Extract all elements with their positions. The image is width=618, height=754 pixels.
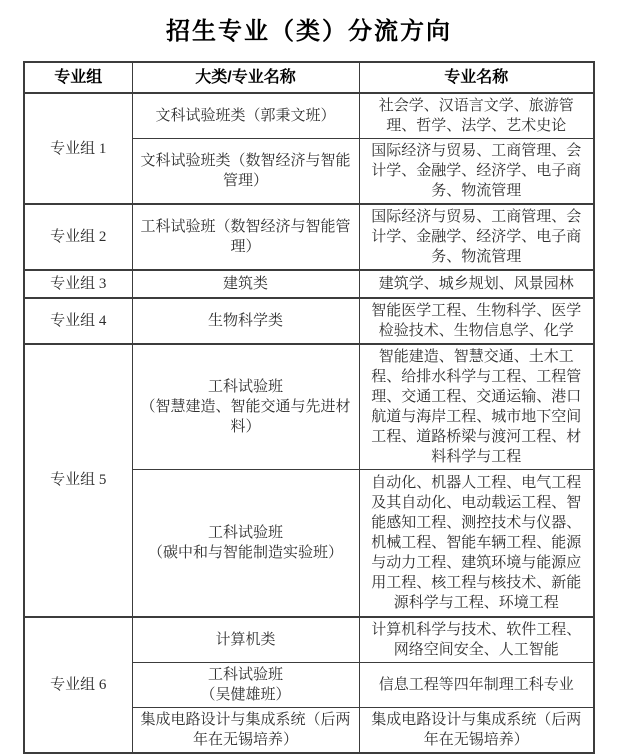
majors-cell: 智能医学工程、生物科学、医学检验技术、生物信息学、化学 — [359, 298, 594, 344]
group-label-cell: 专业组 2 — [24, 204, 132, 270]
page-title: 招生专业（类）分流方向 — [0, 0, 618, 61]
table-row: 专业组 1 文科试验班类（郭秉文班） 社会学、汉语言文学、旅游管理、哲学、法学、… — [24, 93, 594, 139]
category-cell: 文科试验班类（郭秉文班） — [132, 93, 359, 139]
category-cell: 建筑类 — [132, 270, 359, 298]
majors-cell: 社会学、汉语言文学、旅游管理、哲学、法学、艺术史论 — [359, 93, 594, 139]
group-label-cell: 专业组 6 — [24, 617, 132, 753]
group-label-cell: 专业组 1 — [24, 93, 132, 204]
majors-cell: 自动化、机器人工程、电气工程及其自动化、电动载运工程、智能感知工程、测控技术与仪… — [359, 470, 594, 617]
column-header-majors: 专业名称 — [359, 62, 594, 93]
group-label-cell: 专业组 4 — [24, 298, 132, 344]
category-cell: 文科试验班类（数智经济与智能管理） — [132, 139, 359, 205]
group-label-cell: 专业组 3 — [24, 270, 132, 298]
category-cell: 工科试验班 （吴健雄班） — [132, 662, 359, 707]
table-row: 专业组 4 生物科学类 智能医学工程、生物科学、医学检验技术、生物信息学、化学 — [24, 298, 594, 344]
table-row: 专业组 5 工科试验班 （智慧建造、智能交通与先进材料） 智能建造、智慧交通、土… — [24, 344, 594, 470]
column-header-category: 大类/专业名称 — [132, 62, 359, 93]
table-row: 专业组 2 工科试验班（数智经济与智能管理） 国际经济与贸易、工商管理、会计学、… — [24, 204, 594, 270]
group-label-cell: 专业组 5 — [24, 344, 132, 617]
category-cell: 工科试验班 （智慧建造、智能交通与先进材料） — [132, 344, 359, 470]
table-row: 专业组 3 建筑类 建筑学、城乡规划、风景园林 — [24, 270, 594, 298]
majors-cell: 建筑学、城乡规划、风景园林 — [359, 270, 594, 298]
majors-cell: 智能建造、智慧交通、土木工程、给排水科学与工程、工程管理、交通工程、交通运输、港… — [359, 344, 594, 470]
category-cell: 工科试验班 （碳中和与智能制造实验班） — [132, 470, 359, 617]
majors-cell: 计算机科学与技术、软件工程、网络空间安全、人工智能 — [359, 617, 594, 663]
category-cell: 生物科学类 — [132, 298, 359, 344]
category-cell: 工科试验班（数智经济与智能管理） — [132, 204, 359, 270]
table-row: 专业组 6 计算机类 计算机科学与技术、软件工程、网络空间安全、人工智能 — [24, 617, 594, 663]
majors-cell: 信息工程等四年制理工科专业 — [359, 662, 594, 707]
majors-cell: 国际经济与贸易、工商管理、会计学、金融学、经济学、电子商务、物流管理 — [359, 204, 594, 270]
category-cell: 集成电路设计与集成系统（后两年在无锡培养） — [132, 707, 359, 753]
admission-majors-table: 专业组 大类/专业名称 专业名称 专业组 1 文科试验班类（郭秉文班） 社会学、… — [23, 61, 595, 754]
majors-cell: 国际经济与贸易、工商管理、会计学、金融学、经济学、电子商务、物流管理 — [359, 139, 594, 205]
document-page: 招生专业（类）分流方向 专业组 大类/专业名称 专业名称 专业组 1 文科试验班… — [0, 0, 618, 754]
table-header-row: 专业组 大类/专业名称 专业名称 — [24, 62, 594, 93]
column-header-group: 专业组 — [24, 62, 132, 93]
category-cell: 计算机类 — [132, 617, 359, 663]
majors-cell: 集成电路设计与集成系统（后两年在无锡培养） — [359, 707, 594, 753]
